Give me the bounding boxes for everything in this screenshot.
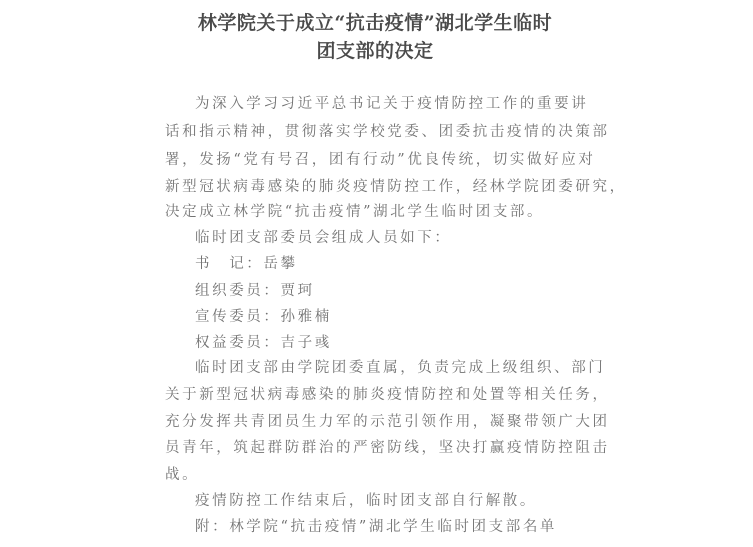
- paragraph-2-line: 关于新型冠状病毒感染的肺炎疫情防控和处置等相关任务，: [165, 383, 610, 404]
- member-role: 权益委员：: [195, 335, 281, 351]
- member-role: 宣传委员：: [195, 309, 281, 325]
- member-name: 岳攀: [263, 256, 297, 272]
- member-name: 贾珂: [281, 283, 315, 299]
- member-row: 权益委员：吉子彧: [195, 331, 332, 352]
- paragraph-1-line: 决定成立林学院“抗击疫情”湖北学生临时团支部。: [165, 200, 544, 221]
- member-row: 组织委员：贾珂: [195, 279, 315, 300]
- paragraph-1-line: 话和指示精神，贯彻落实学校党委、团委抗击疫情的决策部: [165, 120, 610, 141]
- paragraph-1-line: 为深入学习习近平总书记关于疫情防控工作的重要讲: [195, 92, 588, 113]
- member-role: 组织委员：: [195, 283, 281, 299]
- paragraph-2-line: 临时团支部由学院团委直属，负责完成上级组织、部门: [195, 356, 605, 377]
- member-row: 书 记：岳攀: [195, 252, 298, 273]
- document-title-line-1: 林学院关于成立“抗击疫情”湖北学生临时: [150, 8, 600, 35]
- members-intro: 临时团支部委员会组成人员如下：: [195, 226, 452, 247]
- paragraph-3: 疫情防控工作结束后，临时团支部自行解散。: [195, 489, 537, 510]
- paragraph-2-line: 战。: [165, 463, 199, 484]
- paragraph-2-line: 员青年，筑起群防群治的严密防线，坚决打赢疫情防控阻击: [165, 436, 610, 457]
- attachment-note: 附：林学院“抗击疫情”湖北学生临时团支部名单: [195, 515, 557, 536]
- paragraph-1-line: 署，发扬“党有号召，团有行动”优良传统，切实做好应对: [165, 148, 595, 169]
- member-name: 吉子彧: [281, 335, 332, 351]
- member-row: 宣传委员：孙雅楠: [195, 305, 332, 326]
- paragraph-2-line: 充分发挥共青团员生力军的示范引领作用，凝聚带领广大团: [165, 410, 610, 431]
- document-page: 林学院关于成立“抗击疫情”湖北学生临时 团支部的决定 为深入学习习近平总书记关于…: [0, 0, 753, 547]
- member-role: 书 记：: [195, 256, 263, 272]
- paragraph-1-line: 新型冠状病毒感染的肺炎疫情防控工作，经林学院团委研究，: [165, 175, 627, 196]
- member-name: 孙雅楠: [281, 309, 332, 325]
- document-title-line-2: 团支部的决定: [150, 36, 600, 63]
